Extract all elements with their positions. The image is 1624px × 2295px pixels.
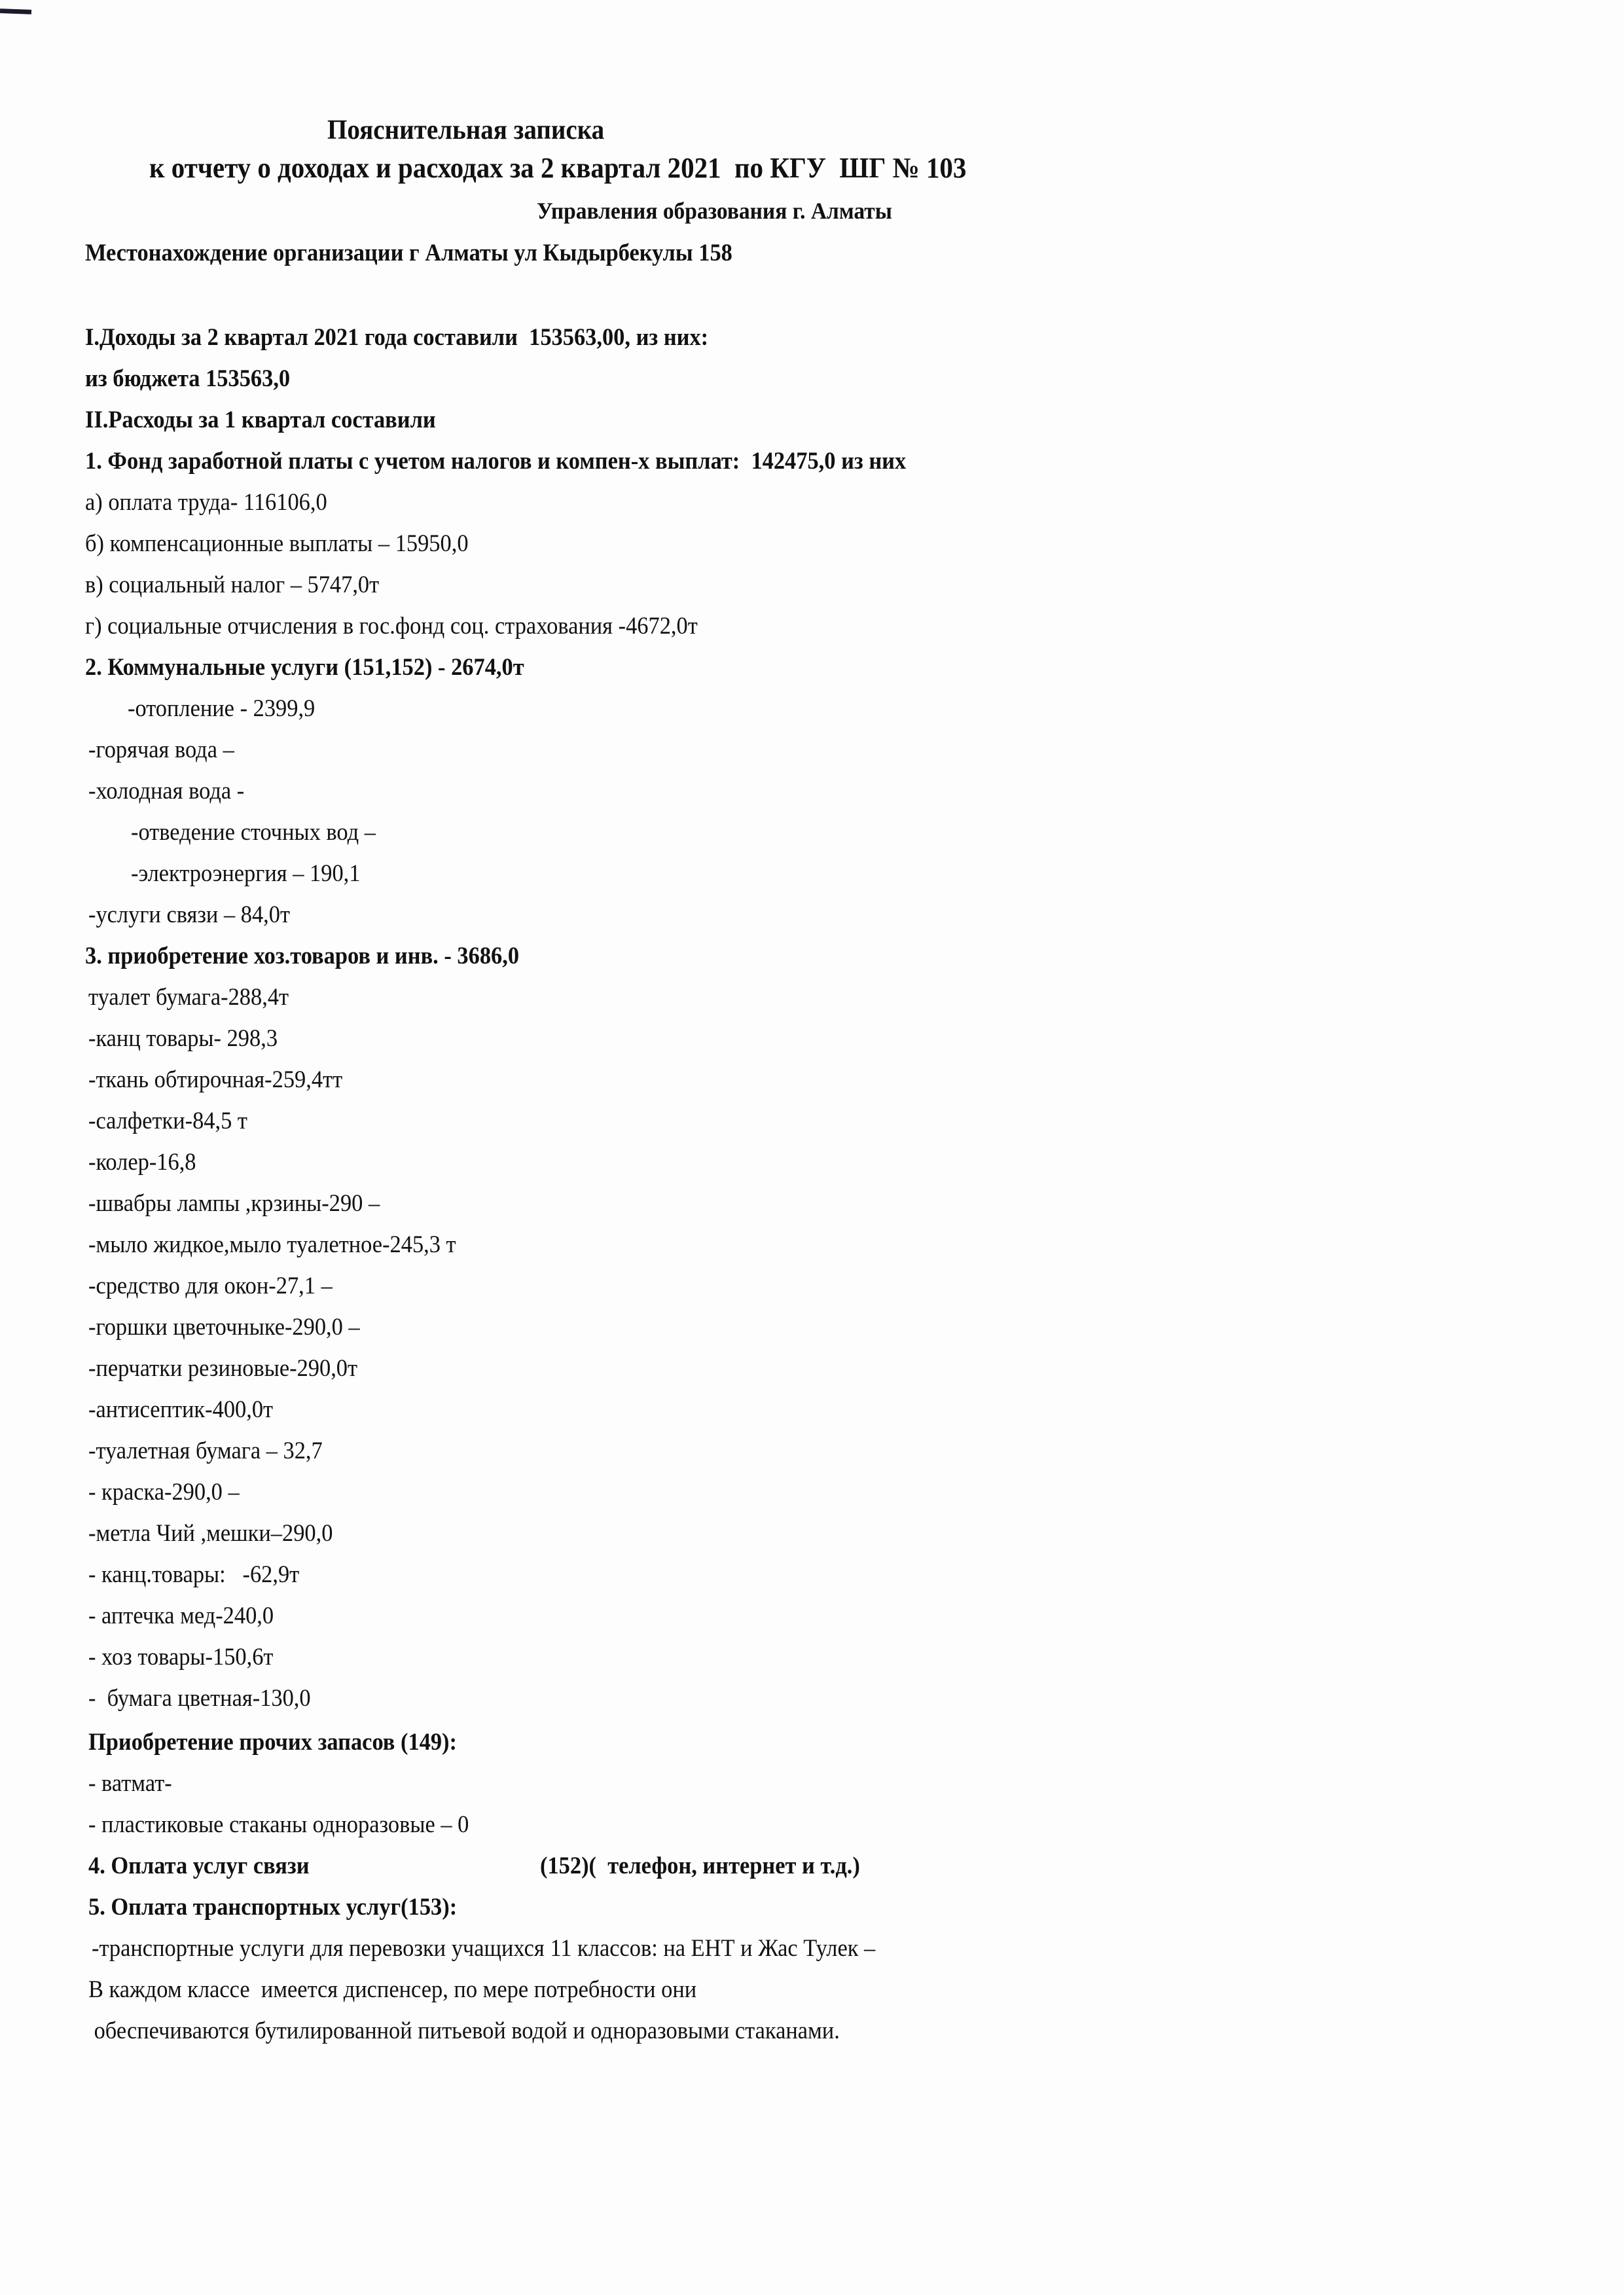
- supplies-item: - краска-290,0 –: [88, 1480, 240, 1504]
- supplies-item: -антисептик-400,0т: [88, 1398, 273, 1422]
- utilities-item: -электроэнергия – 190,1: [131, 861, 360, 886]
- expenses-heading: II.Расходы за 1 квартал составили: [85, 408, 436, 432]
- supplies-item: - аптечка мед-240,0: [88, 1604, 274, 1628]
- supplies-item: -горшки цветочныке-290,0 –: [88, 1315, 360, 1339]
- payroll-heading: 1. Фонд заработной платы с учетом налого…: [85, 449, 906, 473]
- other-stock-item: - пластиковые стаканы одноразовые – 0: [88, 1813, 469, 1837]
- utilities-item: -отведение сточных вод –: [131, 820, 376, 844]
- supplies-item: - хоз товары-150,6т: [88, 1645, 273, 1669]
- other-stock-item: - ватмат-: [88, 1771, 172, 1796]
- supplies-item: -мыло жидкое,мыло туалетное-245,3 т: [88, 1233, 456, 1257]
- supplies-heading: 3. приобретение хоз.товаров и инв. - 368…: [85, 944, 519, 968]
- supplies-item: -швабры лампы ,крзины-290 –: [88, 1191, 380, 1216]
- transport-item: -транспортные услуги для перевозки учащи…: [92, 1936, 875, 1961]
- communication-detail: (152)( телефон, интернет и т.д.): [540, 1854, 860, 1878]
- document-subtitle: к отчету о доходах и расходах за 2 кварт…: [149, 154, 966, 183]
- transport-note: обеспечиваются бутилированной питьевой в…: [88, 2019, 840, 2043]
- supplies-item: -салфетки-84,5 т: [88, 1109, 247, 1133]
- communication-label: 4. Оплата услуг связи: [88, 1854, 310, 1878]
- utilities-heading: 2. Коммунальные услуги (151,152) - 2674,…: [85, 655, 524, 679]
- document-page: Пояснительная записка к отчету о доходах…: [0, 0, 1624, 2295]
- supplies-item: -ткань обтирочная-259,4тт: [88, 1068, 342, 1092]
- payroll-item: г) социальные отчисления в гос.фонд соц.…: [85, 614, 698, 638]
- supplies-item: -перчатки резиновые-290,0т: [88, 1356, 357, 1381]
- utilities-item: -холодная вода -: [88, 779, 244, 803]
- other-stock-heading: Приобретение прочих запасов (149):: [88, 1730, 457, 1754]
- payroll-item: б) компенсационные выплаты – 15950,0: [85, 532, 469, 556]
- utilities-item: -услуги связи – 84,0т: [88, 903, 290, 927]
- supplies-item: -колер-16,8: [88, 1150, 196, 1174]
- utilities-item: -отопление - 2399,9: [128, 696, 315, 721]
- income-heading: I.Доходы за 2 квартал 2021 года составил…: [85, 325, 708, 350]
- utilities-item: -горячая вода –: [88, 738, 234, 762]
- transport-note: В каждом классе имеется диспенсер, по ме…: [88, 1978, 696, 2002]
- department-name: Управления образования г. Алматы: [537, 199, 892, 223]
- supplies-item: -канц товары- 298,3: [88, 1026, 278, 1051]
- supplies-item: - канц.товары: -62,9т: [88, 1563, 299, 1587]
- organization-location: Местонахождение организации г Алматы ул …: [85, 241, 732, 265]
- supplies-item: -туалетная бумага – 32,7: [88, 1439, 323, 1463]
- supplies-item: -метла Чий ,мешки–290,0: [88, 1521, 333, 1545]
- document-title: Пояснительная записка: [327, 117, 604, 144]
- payroll-item: а) оплата труда- 116106,0: [85, 490, 327, 515]
- supplies-item: -средство для окон-27,1 –: [88, 1274, 333, 1298]
- transport-heading: 5. Оплата транспортных услуг(153):: [88, 1895, 457, 1919]
- income-budget: из бюджета 153563,0: [85, 367, 290, 391]
- payroll-item: в) социальный налог – 5747,0т: [85, 573, 379, 597]
- supplies-item: - бумага цветная-130,0: [88, 1686, 311, 1710]
- supplies-item: туалет бумага-288,4т: [88, 985, 289, 1009]
